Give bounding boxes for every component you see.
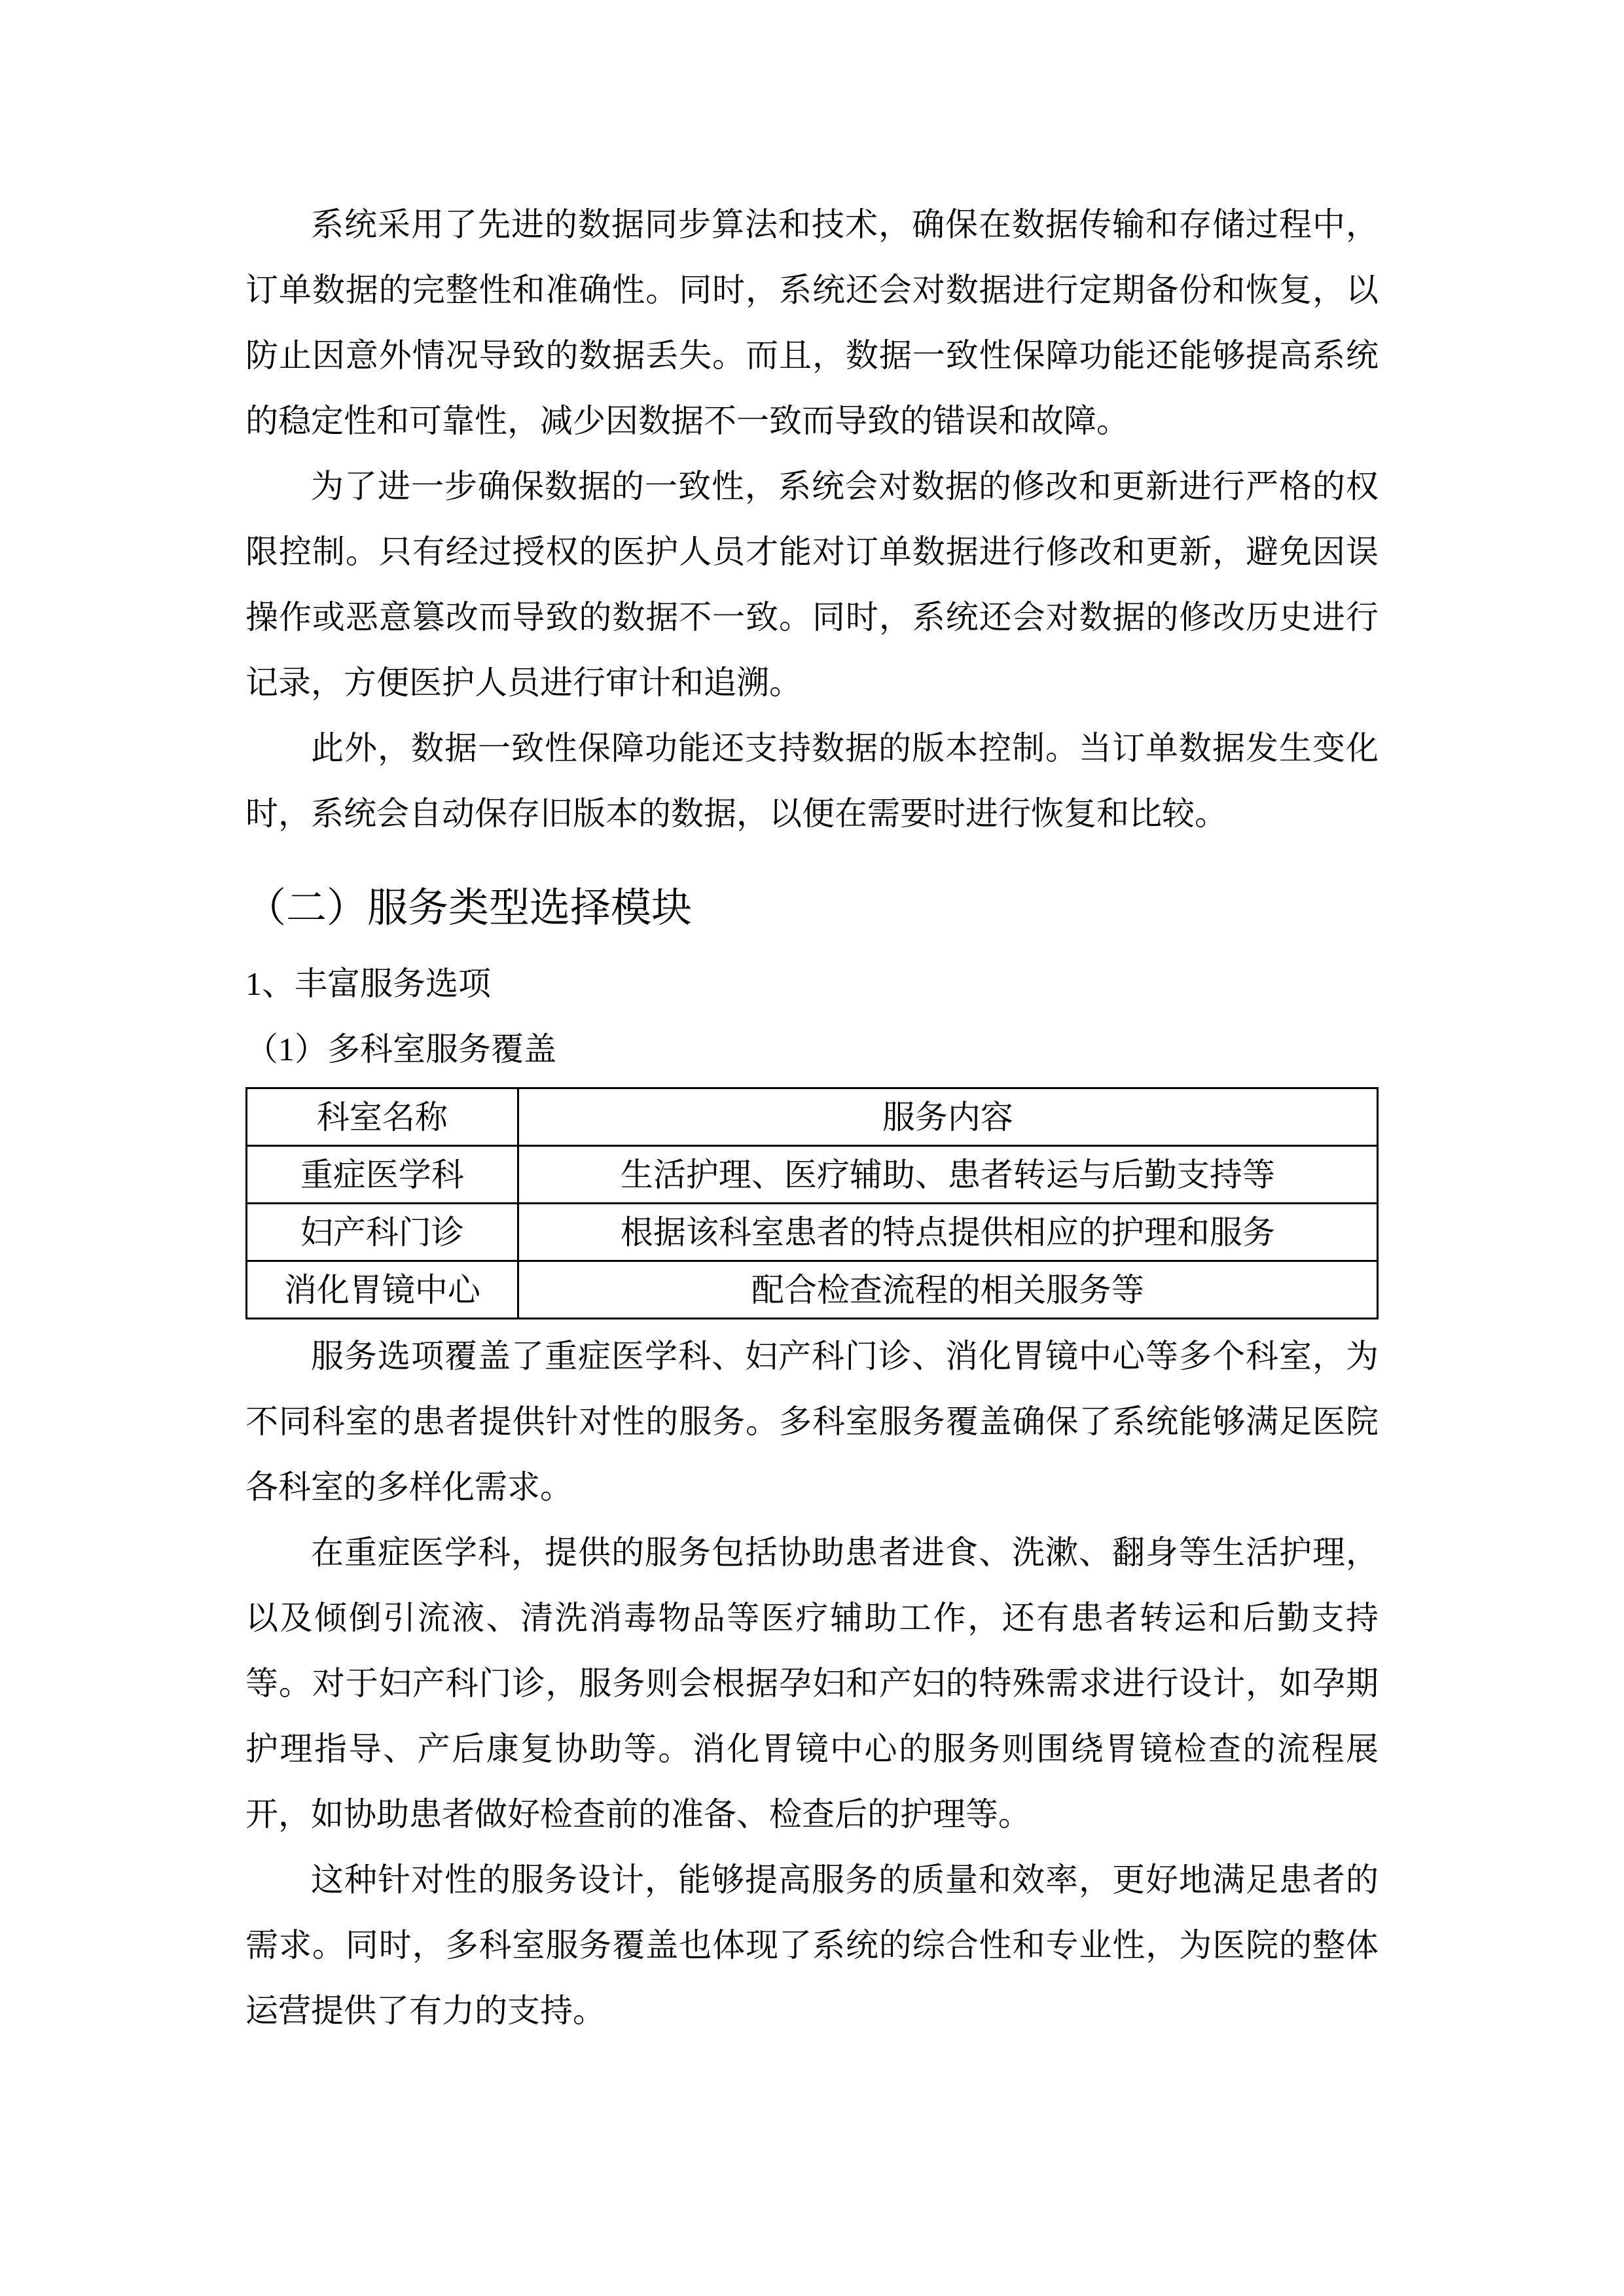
subheading-level1: 1、丰富服务选项 — [245, 951, 1379, 1016]
table-row: 消化胃镜中心 配合检查流程的相关服务等 — [247, 1261, 1378, 1319]
table-cell-service: 配合检查流程的相关服务等 — [518, 1261, 1377, 1319]
paragraph: 服务选项覆盖了重症医学科、妇产科门诊、消化胃镜中心等多个科室，为不同科室的患者提… — [245, 1323, 1379, 1520]
table-cell-department: 消化胃镜中心 — [247, 1261, 518, 1319]
table-row: 重症医学科 生活护理、医疗辅助、患者转运与后勤支持等 — [247, 1146, 1378, 1204]
subheading-level2: （1）多科室服务覆盖 — [245, 1016, 1379, 1082]
table-header-cell-service: 服务内容 — [518, 1088, 1377, 1146]
table-cell-department: 重症医学科 — [247, 1146, 518, 1204]
table-header-cell-department: 科室名称 — [247, 1088, 518, 1146]
section-heading: （二）服务类型选择模块 — [245, 866, 1379, 951]
paragraph: 在重症医学科，提供的服务包括协助患者进食、洗漱、翻身等生活护理，以及倾倒引流液、… — [245, 1520, 1379, 1847]
table-row: 妇产科门诊 根据该科室患者的特点提供相应的护理和服务 — [247, 1204, 1378, 1261]
paragraph: 为了进一步确保数据的一致性，系统会对数据的修改和更新进行严格的权限控制。只有经过… — [245, 454, 1379, 715]
paragraph: 这种针对性的服务设计，能够提高服务的质量和效率，更好地满足患者的需求。同时，多科… — [245, 1847, 1379, 2043]
document-content: 系统采用了先进的数据同步算法和技术，确保在数据传输和存储过程中，订单数据的完整性… — [245, 192, 1379, 2043]
paragraph: 此外，数据一致性保障功能还支持数据的版本控制。当订单数据发生变化时，系统会自动保… — [245, 715, 1379, 846]
table-cell-service: 根据该科室患者的特点提供相应的护理和服务 — [518, 1204, 1377, 1261]
table-cell-department: 妇产科门诊 — [247, 1204, 518, 1261]
department-service-table: 科室名称 服务内容 重症医学科 生活护理、医疗辅助、患者转运与后勤支持等 妇产科… — [245, 1087, 1379, 1319]
table-header-row: 科室名称 服务内容 — [247, 1088, 1378, 1146]
table-cell-service: 生活护理、医疗辅助、患者转运与后勤支持等 — [518, 1146, 1377, 1204]
document-page: 系统采用了先进的数据同步算法和技术，确保在数据传输和存储过程中，订单数据的完整性… — [0, 0, 1624, 2296]
paragraph: 系统采用了先进的数据同步算法和技术，确保在数据传输和存储过程中，订单数据的完整性… — [245, 192, 1379, 454]
